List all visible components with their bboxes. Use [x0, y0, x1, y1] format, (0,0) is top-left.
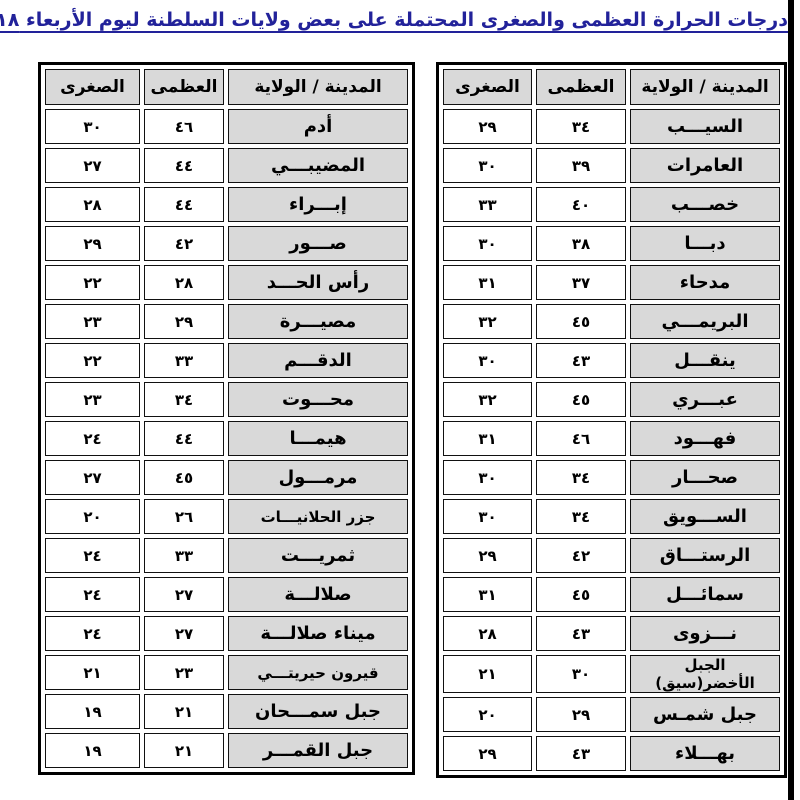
table-row: السيـــب٣٤٢٩ [443, 109, 780, 144]
table-row: دبـــا٣٨٣٠ [443, 226, 780, 261]
max-temp-cell: ٣٤ [536, 499, 626, 534]
temperature-table-left: المدينة / الولاية العظمى الصغرى أدم٤٦٣٠ا… [38, 62, 415, 775]
city-cell: خصـــب [630, 187, 780, 222]
min-temp-cell: ٢٣ [45, 382, 140, 417]
max-temp-cell: ٤٢ [144, 226, 224, 261]
table-row: جزر الحلانيـــات٢٦٢٠ [45, 499, 408, 534]
min-temp-cell: ٢١ [443, 655, 532, 693]
max-temp-cell: ٢٧ [144, 616, 224, 651]
max-temp-cell: ٤٦ [144, 109, 224, 144]
table-row: جبل سمـــحان٢١١٩ [45, 694, 408, 729]
table-row: البريمـــي٤٥٣٢ [443, 304, 780, 339]
city-cell: صحـــار [630, 460, 780, 495]
min-temp-cell: ٢٤ [45, 421, 140, 456]
table-header-row: المدينة / الولاية العظمى الصغرى [443, 69, 780, 105]
city-cell: جبل القمـــر [228, 733, 408, 768]
max-temp-cell: ٢٦ [144, 499, 224, 534]
max-temp-cell: ٢٨ [144, 265, 224, 300]
document-page: درجات الحرارة العظمى والصغرى المحتملة عل… [0, 0, 800, 800]
table-left: المدينة / الولاية العظمى الصغرى أدم٤٦٣٠ا… [38, 62, 415, 775]
column-header-max: العظمى [144, 69, 224, 105]
max-temp-cell: ٣٩ [536, 148, 626, 183]
table-row: عبـــري٤٥٣٢ [443, 382, 780, 417]
column-header-city: المدينة / الولاية [228, 69, 408, 105]
table-row: المضيبـــي٤٤٢٧ [45, 148, 408, 183]
table-row: فهـــود٤٦٣١ [443, 421, 780, 456]
table-row: خصـــب٤٠٣٣ [443, 187, 780, 222]
max-temp-cell: ٢١ [144, 733, 224, 768]
max-temp-cell: ٣٠ [536, 655, 626, 693]
table-row: سمائـــل٤٥٣١ [443, 577, 780, 612]
city-cell: ثمريـــت [228, 538, 408, 573]
min-temp-cell: ٢٤ [45, 538, 140, 573]
min-temp-cell: ٢١ [45, 655, 140, 690]
city-cell: نـــزوى [630, 616, 780, 651]
max-temp-cell: ٣٤ [536, 460, 626, 495]
city-cell: جبل شمـس [630, 697, 780, 732]
max-temp-cell: ٣٨ [536, 226, 626, 261]
max-temp-cell: ٤٣ [536, 616, 626, 651]
min-temp-cell: ١٩ [45, 733, 140, 768]
table-row: ثمريـــت٣٣٢٤ [45, 538, 408, 573]
city-cell: مرمـــول [228, 460, 408, 495]
city-cell: قيرون حيريتـــي [228, 655, 408, 690]
min-temp-cell: ١٩ [45, 694, 140, 729]
table-row: نـــزوى٤٣٢٨ [443, 616, 780, 651]
city-cell: عبـــري [630, 382, 780, 417]
table-row: قيرون حيريتـــي٢٣٢١ [45, 655, 408, 690]
city-cell: أدم [228, 109, 408, 144]
min-temp-cell: ٢٢ [45, 343, 140, 378]
city-cell: الرستـــاق [630, 538, 780, 573]
min-temp-cell: ٢٨ [45, 187, 140, 222]
table-row: الرستـــاق٤٢٢٩ [443, 538, 780, 573]
max-temp-cell: ٢٧ [144, 577, 224, 612]
table-row: الجبل الأخضر(سيق)٣٠٢١ [443, 655, 780, 693]
city-cell: مدحاء [630, 265, 780, 300]
table-row: أدم٤٦٣٠ [45, 109, 408, 144]
max-temp-cell: ٤٤ [144, 187, 224, 222]
min-temp-cell: ٢٩ [443, 538, 532, 573]
max-temp-cell: ٣٤ [536, 109, 626, 144]
min-temp-cell: ٢٨ [443, 616, 532, 651]
min-temp-cell: ٢٩ [45, 226, 140, 261]
min-temp-cell: ٢٧ [45, 460, 140, 495]
min-temp-cell: ٢٩ [443, 109, 532, 144]
table-header-row: المدينة / الولاية العظمى الصغرى [45, 69, 408, 105]
min-temp-cell: ٣٠ [443, 499, 532, 534]
page-title: درجات الحرارة العظمى والصغرى المحتملة عل… [6, 9, 788, 31]
city-cell: المضيبـــي [228, 148, 408, 183]
table-row: صلالـــة٢٧٢٤ [45, 577, 408, 612]
city-cell: ميناء صلالـــة [228, 616, 408, 651]
city-cell: صلالـــة [228, 577, 408, 612]
temperature-table-right: المدينة / الولاية العظمى الصغرى السيـــب… [436, 62, 787, 778]
min-temp-cell: ٢٠ [45, 499, 140, 534]
city-cell: جزر الحلانيـــات [228, 499, 408, 534]
min-temp-cell: ٢٢ [45, 265, 140, 300]
min-temp-cell: ٣٣ [443, 187, 532, 222]
city-cell: بهـــلاء [630, 736, 780, 771]
table-row: جبل شمـس٢٩٢٠ [443, 697, 780, 732]
max-temp-cell: ٤٥ [536, 577, 626, 612]
max-temp-cell: ٤٥ [536, 382, 626, 417]
column-header-min: الصغرى [45, 69, 140, 105]
min-temp-cell: ٢٤ [45, 616, 140, 651]
max-temp-cell: ٣٤ [144, 382, 224, 417]
city-cell: فهـــود [630, 421, 780, 456]
table-row: الدقـــم٣٣٢٢ [45, 343, 408, 378]
min-temp-cell: ٣٠ [443, 148, 532, 183]
table-row: ينقـــل٤٣٣٠ [443, 343, 780, 378]
column-header-city: المدينة / الولاية [630, 69, 780, 105]
min-temp-cell: ٣٠ [443, 460, 532, 495]
table-row: رأس الحـــد٢٨٢٢ [45, 265, 408, 300]
city-cell: مصيـــرة [228, 304, 408, 339]
city-cell: الدقـــم [228, 343, 408, 378]
min-temp-cell: ٣٠ [45, 109, 140, 144]
city-cell: دبـــا [630, 226, 780, 261]
min-temp-cell: ٣١ [443, 265, 532, 300]
max-temp-cell: ٤٥ [536, 304, 626, 339]
page-edge-line [788, 0, 794, 800]
table-row: صحـــار٣٤٣٠ [443, 460, 780, 495]
table-row: العامرات٣٩٣٠ [443, 148, 780, 183]
min-temp-cell: ٢٤ [45, 577, 140, 612]
city-cell: العامرات [630, 148, 780, 183]
min-temp-cell: ٣٠ [443, 226, 532, 261]
table-row: الســـويق٣٤٣٠ [443, 499, 780, 534]
table-row: بهـــلاء٤٣٢٩ [443, 736, 780, 771]
table-row: مدحاء٣٧٣١ [443, 265, 780, 300]
city-cell: صـــور [228, 226, 408, 261]
max-temp-cell: ٣٣ [144, 343, 224, 378]
max-temp-cell: ٤٤ [144, 421, 224, 456]
min-temp-cell: ٢٠ [443, 697, 532, 732]
city-cell: جبل سمـــحان [228, 694, 408, 729]
city-cell: ينقـــل [630, 343, 780, 378]
table-row: صـــور٤٢٢٩ [45, 226, 408, 261]
table-row: هيمـــا٤٤٢٤ [45, 421, 408, 456]
city-cell: الجبل الأخضر(سيق) [630, 655, 780, 693]
min-temp-cell: ٢٣ [45, 304, 140, 339]
max-temp-cell: ٢١ [144, 694, 224, 729]
city-cell: هيمـــا [228, 421, 408, 456]
table-row: إبـــراء٤٤٢٨ [45, 187, 408, 222]
city-cell: إبـــراء [228, 187, 408, 222]
city-cell: سمائـــل [630, 577, 780, 612]
table-row: ميناء صلالـــة٢٧٢٤ [45, 616, 408, 651]
max-temp-cell: ٢٩ [536, 697, 626, 732]
max-temp-cell: ٤٤ [144, 148, 224, 183]
table-row: جبل القمـــر٢١١٩ [45, 733, 408, 768]
table-row: محـــوت٣٤٢٣ [45, 382, 408, 417]
city-cell: السيـــب [630, 109, 780, 144]
max-temp-cell: ٤٣ [536, 736, 626, 771]
max-temp-cell: ٣٧ [536, 265, 626, 300]
min-temp-cell: ٣٢ [443, 382, 532, 417]
min-temp-cell: ٣١ [443, 421, 532, 456]
max-temp-cell: ٤٣ [536, 343, 626, 378]
table-right: المدينة / الولاية العظمى الصغرى السيـــب… [436, 62, 787, 778]
min-temp-cell: ٢٩ [443, 736, 532, 771]
column-header-max: العظمى [536, 69, 626, 105]
max-temp-cell: ٤٢ [536, 538, 626, 573]
city-cell: رأس الحـــد [228, 265, 408, 300]
table-row: مرمـــول٤٥٢٧ [45, 460, 408, 495]
city-cell: محـــوت [228, 382, 408, 417]
max-temp-cell: ٢٩ [144, 304, 224, 339]
min-temp-cell: ٢٧ [45, 148, 140, 183]
city-cell: الســـويق [630, 499, 780, 534]
max-temp-cell: ٣٣ [144, 538, 224, 573]
min-temp-cell: ٣٢ [443, 304, 532, 339]
max-temp-cell: ٢٣ [144, 655, 224, 690]
min-temp-cell: ٣٠ [443, 343, 532, 378]
max-temp-cell: ٤٥ [144, 460, 224, 495]
city-cell: البريمـــي [630, 304, 780, 339]
table-row: مصيـــرة٢٩٢٣ [45, 304, 408, 339]
column-header-min: الصغرى [443, 69, 532, 105]
max-temp-cell: ٤٠ [536, 187, 626, 222]
max-temp-cell: ٤٦ [536, 421, 626, 456]
min-temp-cell: ٣١ [443, 577, 532, 612]
